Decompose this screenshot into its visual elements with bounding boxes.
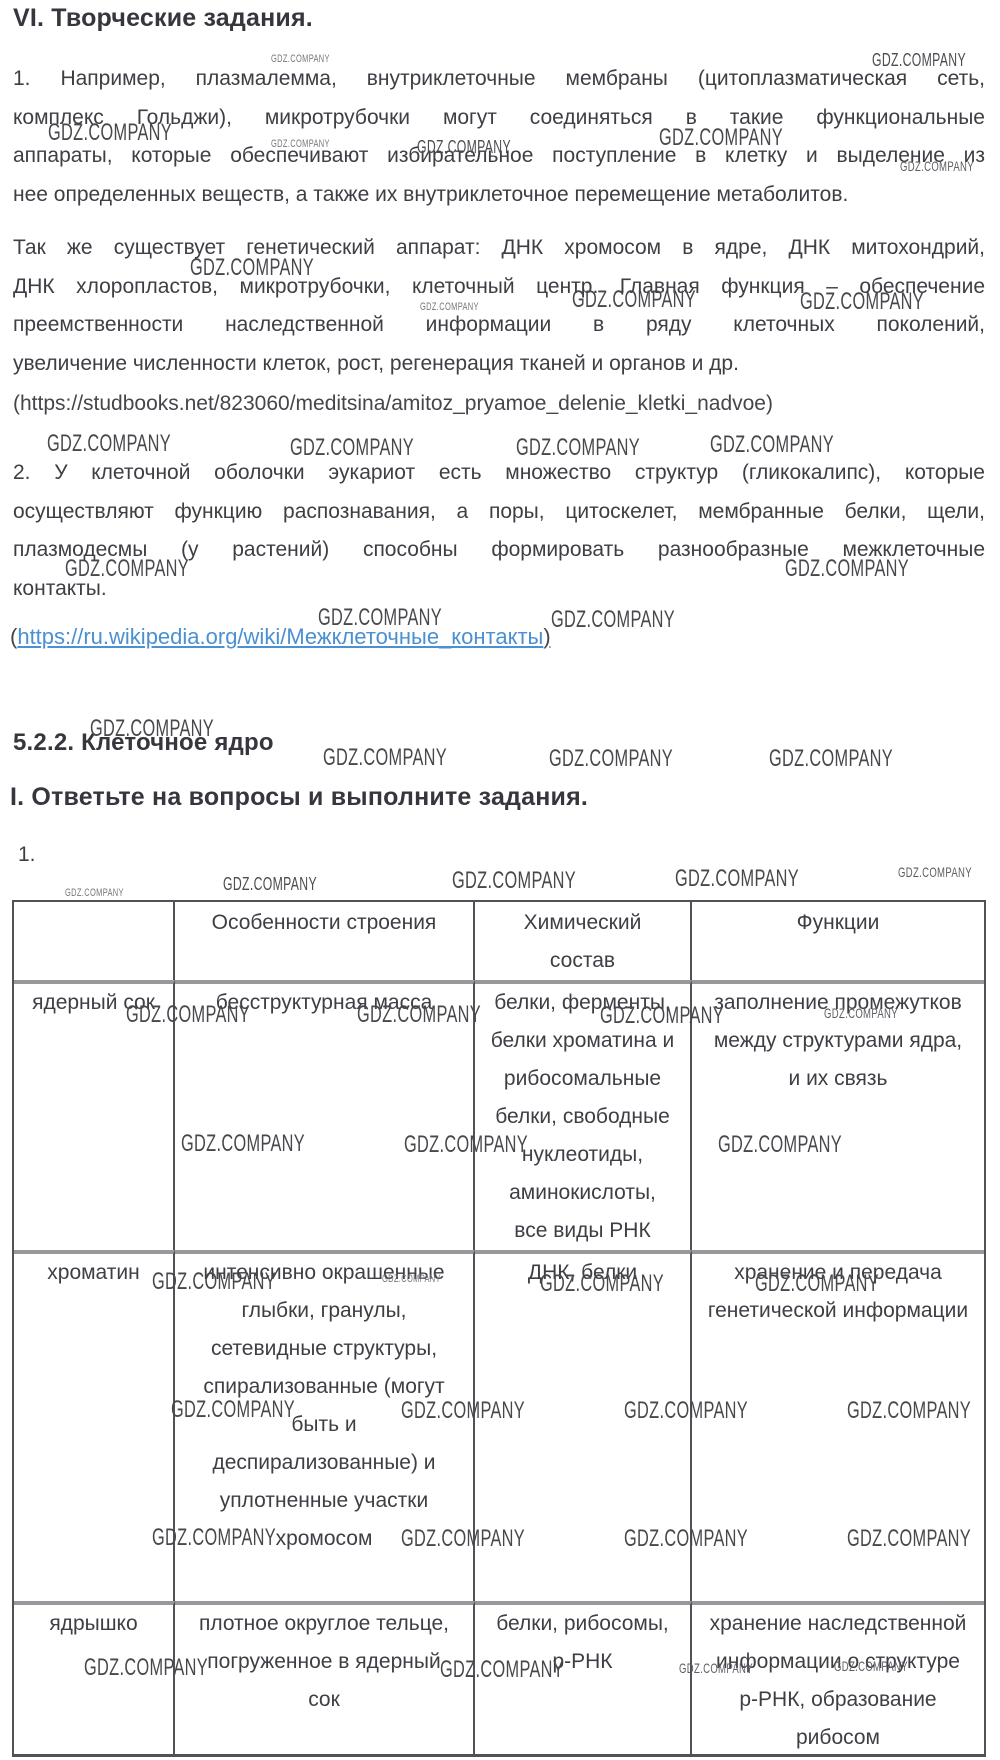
cell-row3-structure: плотное округлое тельце,погруженное в яд… xyxy=(175,1601,475,1754)
text-line: состав xyxy=(475,942,690,980)
text-line: хроматин xyxy=(14,1254,173,1292)
text-line: увеличение численности клеток, рост, рег… xyxy=(13,345,985,384)
text-line: Особенности строения xyxy=(175,904,473,942)
text-line: деспирализованные) и xyxy=(175,1444,473,1482)
cell-row2-label: хроматин xyxy=(14,1250,175,1601)
text-line: информации о структуре xyxy=(692,1643,984,1681)
text-line: глыбки, гранулы, xyxy=(175,1292,473,1330)
text-line: и их связь xyxy=(692,1060,984,1098)
cell-row1-structure: бесструктурная масса xyxy=(175,980,475,1250)
studbooks-url-text: (https://studbooks.net/823060/meditsina/… xyxy=(13,392,773,416)
text-line: быть и xyxy=(175,1406,473,1444)
text-line: осуществляют функцию распознавания, а по… xyxy=(13,493,985,532)
text-line: интенсивно окрашенные xyxy=(175,1254,473,1292)
text-line: Так же существует генетический аппарат: … xyxy=(13,229,985,268)
watermark: GDZ.COMPANY xyxy=(452,869,576,893)
text-line: белки хроматина и xyxy=(475,1022,690,1060)
text-line: нуклеотиды, xyxy=(475,1136,690,1174)
text-line: ядрышко xyxy=(14,1605,173,1643)
text-line: спирализованные (могут xyxy=(175,1368,473,1406)
text-line: ДНК хлоропластов, микротрубочки, клеточн… xyxy=(13,268,985,307)
table-header-functions: Функции xyxy=(692,902,984,980)
text-line: аминокислоты, xyxy=(475,1174,690,1212)
text-line: нее определенных веществ, а также их вну… xyxy=(13,176,985,215)
watermark: GDZ.COMPANY xyxy=(549,747,673,771)
cell-row3-functions: хранение наследственнойинформации о стру… xyxy=(692,1601,984,1754)
text-line: р-РНК xyxy=(475,1643,690,1681)
cell-row2-functions: хранение и передачагенетической информац… xyxy=(692,1250,984,1601)
cell-row3-label: ядрышко xyxy=(14,1601,175,1754)
cell-row2-chemical: ДНК, белки xyxy=(475,1250,692,1601)
text-line: белки, рибосомы, xyxy=(475,1605,690,1643)
heading-section-5-2-2: 5.2.2. Клеточное ядро xyxy=(13,729,274,757)
text-line: сетевидные структуры, xyxy=(175,1330,473,1368)
cell-row1-functions: заполнение промежутковмежду структурами … xyxy=(692,980,984,1250)
text-line: генетической информации xyxy=(692,1292,984,1330)
paragraph-2: Так же существует генетический аппарат: … xyxy=(13,229,985,383)
text-line: сок xyxy=(175,1681,473,1719)
text-line: преемственности наследственной информаци… xyxy=(13,306,985,345)
text-line: 1. Например, плазмалемма, внутриклеточны… xyxy=(13,60,985,99)
text-line: Химический xyxy=(475,904,690,942)
text-line: белки, ферменты, xyxy=(475,984,690,1022)
text-line: Функции xyxy=(692,904,984,942)
text-line: хромосом xyxy=(175,1520,473,1558)
paragraph-3: 2. У клеточной оболочки эукариот есть мн… xyxy=(13,454,985,608)
paren-close: ) xyxy=(543,624,550,649)
text-line: хранение и передача xyxy=(692,1254,984,1292)
cell-row2-structure: интенсивно окрашенныеглыбки, гранулы,сет… xyxy=(175,1250,475,1601)
wikipedia-link[interactable]: https://ru.wikipedia.org/wiki/Межклеточн… xyxy=(17,624,543,649)
nucleus-structures-table: Особенности строения Химическийсостав Фу… xyxy=(12,900,986,1757)
heading-answer-questions: I. Ответьте на вопросы и выполните задан… xyxy=(10,783,588,812)
text-line: аппараты, которые обеспечивают избирател… xyxy=(13,137,985,176)
text-line: ДНК, белки xyxy=(475,1254,690,1292)
text-line: все виды РНК xyxy=(475,1212,690,1250)
text-line: плазмодесмы (у растений) способны формир… xyxy=(13,531,985,570)
watermark: GDZ.COMPANY xyxy=(769,747,893,771)
text-line: заполнение промежутков xyxy=(692,984,984,1022)
watermark: GDZ.COMPANY xyxy=(65,888,124,899)
watermark: GDZ.COMPANY xyxy=(675,867,799,891)
table-header-empty xyxy=(14,902,175,980)
text-line: уплотненные участки xyxy=(175,1482,473,1520)
text-line: комплекс Гольджи), микротрубочки могут с… xyxy=(13,99,985,138)
scanned-document-page: VI. Творческие задания. 1. Например, пла… xyxy=(0,0,1000,1760)
text-line: 2. У клеточной оболочки эукариот есть мн… xyxy=(13,454,985,493)
watermark: GDZ.COMPANY xyxy=(551,608,675,632)
text-line: р-РНК, образование xyxy=(692,1681,984,1719)
text-line: между структурами ядра, xyxy=(692,1022,984,1060)
watermark: GDZ.COMPANY xyxy=(898,865,972,879)
text-line: белки, свободные xyxy=(475,1098,690,1136)
heading-creative-tasks: VI. Творческие задания. xyxy=(13,4,313,33)
cell-row1-label: ядерный сок xyxy=(14,980,175,1250)
text-line: хранение наследственной xyxy=(692,1605,984,1643)
text-line: ядерный сок xyxy=(14,984,173,1022)
text-line: бесструктурная масса xyxy=(175,984,473,1022)
text-line: контакты. xyxy=(13,570,985,609)
cell-row1-chemical: белки, ферменты,белки хроматина ирибосом… xyxy=(475,980,692,1250)
table-header-chemical: Химическийсостав xyxy=(475,902,692,980)
watermark: GDZ.COMPANY xyxy=(223,875,317,893)
paragraph-1: 1. Например, плазмалемма, внутриклеточны… xyxy=(13,60,985,214)
watermark: GDZ.COMPANY xyxy=(47,432,171,456)
list-number-1: 1. xyxy=(18,843,36,867)
table-header-structure: Особенности строения xyxy=(175,902,475,980)
text-line: плотное округлое тельце, xyxy=(175,1605,473,1643)
text-line: рибосомальные xyxy=(475,1060,690,1098)
text-line: погруженное в ядерный xyxy=(175,1643,473,1681)
cell-row3-chemical: белки, рибосомы,р-РНК xyxy=(475,1601,692,1754)
watermark: GDZ.COMPANY xyxy=(323,746,447,770)
wikipedia-link-line: (https://ru.wikipedia.org/wiki/Межклеточ… xyxy=(10,624,551,650)
text-line: рибосом xyxy=(692,1719,984,1754)
